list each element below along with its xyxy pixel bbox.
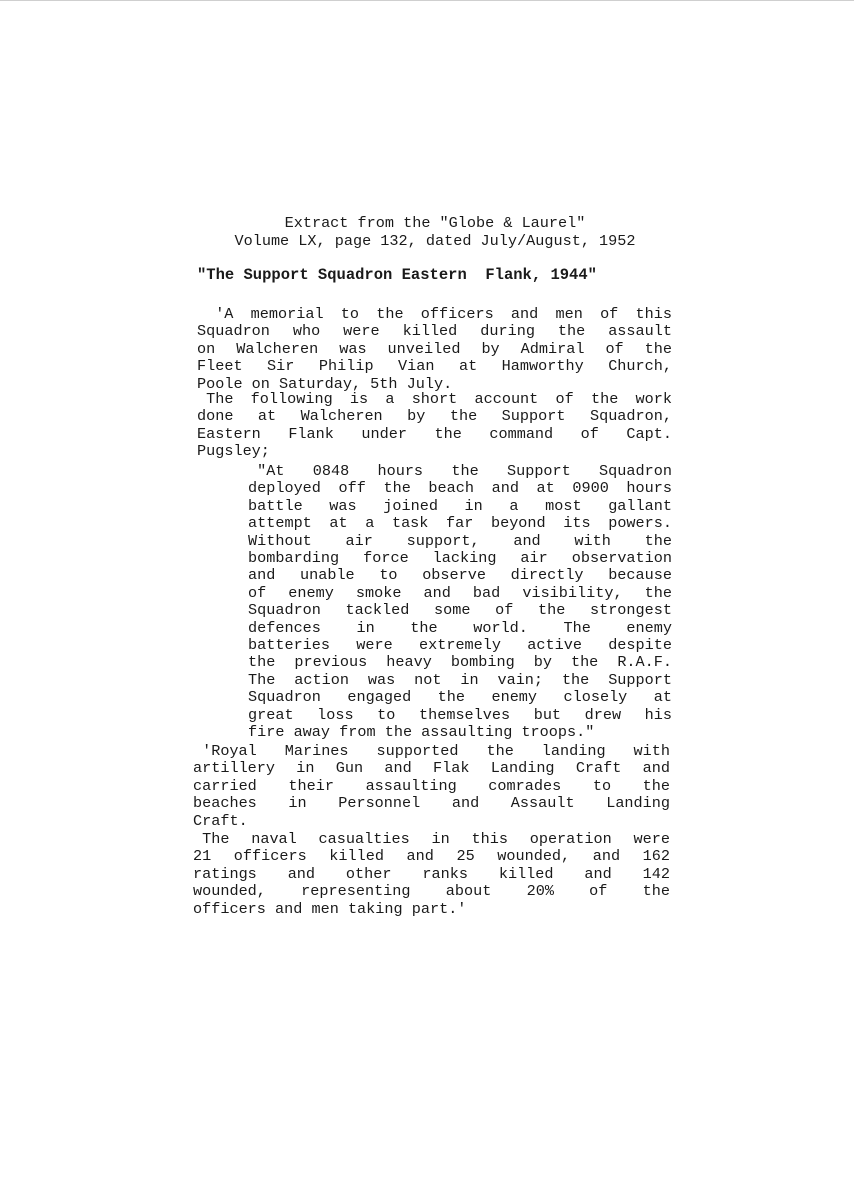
paragraph-4-line: beaches in Personnel and Assault Landing bbox=[193, 795, 670, 812]
paragraph-2-line: The following is a short account of the … bbox=[206, 391, 672, 408]
paragraph-4-line: Craft. bbox=[193, 813, 248, 830]
paragraph-5-line: 21 officers killed and 25 wounded, and 1… bbox=[193, 848, 670, 865]
paragraph-4-line: 'Royal Marines supported the landing wit… bbox=[202, 743, 670, 760]
paragraph-3-line: and unable to observe directly because bbox=[248, 567, 672, 584]
paragraph-1-line: Fleet Sir Philip Vian at Hamworthy Churc… bbox=[197, 358, 672, 375]
paragraph-3-line: Squadron engaged the enemy closely at bbox=[248, 689, 672, 706]
paragraph-5-line: ratings and other ranks killed and 142 bbox=[193, 866, 670, 883]
paragraph-5-line: wounded, representing about 20% of the bbox=[193, 883, 670, 900]
article-title: "The Support Squadron Eastern Flank, 194… bbox=[197, 267, 597, 284]
paragraph-4-line: artillery in Gun and Flak Landing Craft … bbox=[193, 760, 670, 777]
paragraph-3-line: The action was not in vain; the Support bbox=[248, 672, 672, 689]
paragraph-3-line: attempt at a task far beyond its powers. bbox=[248, 515, 672, 532]
paragraph-3-line: "At 0848 hours the Support Squadron bbox=[257, 463, 672, 480]
paragraph-1-line: 'A memorial to the officers and men of t… bbox=[215, 306, 672, 323]
source-line-2: Volume LX, page 132, dated July/August, … bbox=[195, 233, 675, 250]
source-line-1: Extract from the "Globe & Laurel" bbox=[195, 215, 675, 232]
paragraph-2-line: Pugsley; bbox=[197, 443, 270, 460]
paragraph-3-line: defences in the world. The enemy bbox=[248, 620, 672, 637]
paragraph-1-line: on Walcheren was unveiled by Admiral of … bbox=[197, 341, 672, 358]
paragraph-3-line: great loss to themselves but drew his bbox=[248, 707, 672, 724]
paragraph-3-line: fire away from the assaulting troops." bbox=[248, 724, 594, 741]
paragraph-4-line: carried their assaulting comrades to the bbox=[193, 778, 670, 795]
paragraph-3-line: Squadron tackled some of the strongest bbox=[248, 602, 672, 619]
paragraph-3-line: of enemy smoke and bad visibility, the bbox=[248, 585, 672, 602]
paragraph-3-line: batteries were extremely active despite bbox=[248, 637, 672, 654]
paragraph-5-line: officers and men taking part.' bbox=[193, 901, 466, 918]
paragraph-2-line: Eastern Flank under the command of Capt. bbox=[197, 426, 672, 443]
paragraph-3-line: the previous heavy bombing by the R.A.F. bbox=[248, 654, 672, 671]
paragraph-3-line: Without air support, and with the bbox=[248, 533, 672, 550]
document-page: Extract from the "Globe & Laurel" Volume… bbox=[0, 1, 854, 1200]
paragraph-5-line: The naval casualties in this operation w… bbox=[202, 831, 670, 848]
paragraph-3-line: deployed off the beach and at 0900 hours bbox=[248, 480, 672, 497]
paragraph-3-line: battle was joined in a most gallant bbox=[248, 498, 672, 515]
paragraph-2-line: done at Walcheren by the Support Squadro… bbox=[197, 408, 672, 425]
paragraph-3-line: bombarding force lacking air observation bbox=[248, 550, 672, 567]
paragraph-1-line: Squadron who were killed during the assa… bbox=[197, 323, 672, 340]
